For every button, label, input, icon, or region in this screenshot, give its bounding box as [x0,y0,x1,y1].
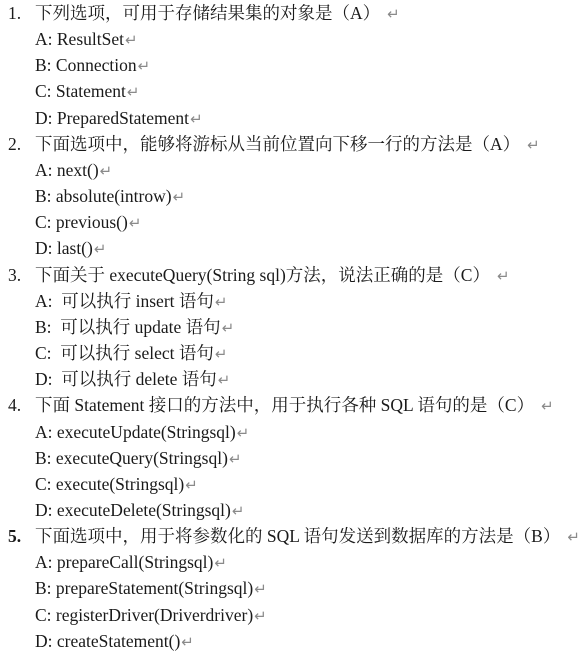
option-line: D: PreparedStatement↵ [0,105,584,131]
paragraph-return-icon: ↵ [254,609,267,624]
question-text: 下面 Statement 接口的方法中，用于执行各种 SQL 语句的是（C） [35,392,534,418]
option-text: D: last() [35,235,93,261]
option-text: B: executeQuery(Stringsql) [35,445,228,471]
paragraph-return-icon: ↵ [215,295,228,310]
question-block: 1.下列选项，可用于存储结果集的对象是（A）↵A: ResultSet↵B: C… [0,0,584,131]
question-text: 下列选项，可用于存储结果集的对象是（A） [35,0,380,26]
paragraph-return-icon: ↵ [138,59,151,74]
option-line: A: executeUpdate(Stringsql)↵ [0,419,584,445]
option-line: A: prepareCall(Stringsql)↵ [0,549,584,575]
paragraph-return-icon: ↵ [218,373,231,388]
paragraph-return-icon: ↵ [190,112,203,127]
paragraph-return-icon: ↵ [185,478,198,493]
paragraph-return-icon: ↵ [541,399,554,414]
option-line: B: prepareStatement(Stringsql)↵ [0,575,584,601]
option-line: A: next()↵ [0,157,584,183]
option-text: D: 可以执行 delete 语句 [35,366,217,392]
paragraph-return-icon: ↵ [129,216,142,231]
question-block: 2.下面选项中，能够将游标从当前位置向下移一行的方法是（A）↵A: next()… [0,131,584,262]
option-line: D: createStatement()↵ [0,628,584,654]
option-line: B: executeQuery(Stringsql)↵ [0,445,584,471]
option-line: A: 可以执行 insert 语句↵ [0,288,584,314]
paragraph-return-icon: ↵ [100,164,113,179]
paragraph-return-icon: ↵ [125,33,138,48]
paragraph-return-icon: ↵ [214,556,227,571]
option-text: C: previous() [35,209,128,235]
paragraph-return-icon: ↵ [127,85,140,100]
option-text: D: PreparedStatement [35,105,189,131]
option-text: A: ResultSet [35,26,124,52]
question-block: 5.下面选项中，用于将参数化的 SQL 语句发送到数据库的方法是（B）↵A: p… [0,523,584,654]
question-block: 4.下面 Statement 接口的方法中，用于执行各种 SQL 语句的是（C）… [0,392,584,523]
option-line: C: registerDriver(Driverdriver)↵ [0,602,584,628]
option-text: B: Connection [35,52,137,78]
paragraph-return-icon: ↵ [173,190,186,205]
paragraph-return-icon: ↵ [229,452,242,467]
option-text: B: 可以执行 update 语句 [35,314,221,340]
question-number: 1. [8,0,35,26]
question-number: 3. [8,262,35,288]
paragraph-return-icon: ↵ [232,504,245,519]
option-line: C: Statement↵ [0,78,584,104]
option-text: C: registerDriver(Driverdriver) [35,602,253,628]
option-line: C: 可以执行 select 语句↵ [0,340,584,366]
option-text: D: executeDelete(Stringsql) [35,497,231,523]
paragraph-return-icon: ↵ [387,7,400,22]
question-text: 下面选项中，用于将参数化的 SQL 语句发送到数据库的方法是（B） [35,523,560,549]
document-page: 1.下列选项，可用于存储结果集的对象是（A）↵A: ResultSet↵B: C… [0,0,584,654]
option-line: A: ResultSet↵ [0,26,584,52]
option-text: A: next() [35,157,99,183]
option-line: C: previous()↵ [0,209,584,235]
option-text: C: Statement [35,78,126,104]
option-text: C: execute(Stringsql) [35,471,184,497]
option-line: B: Connection↵ [0,52,584,78]
paragraph-return-icon: ↵ [567,530,580,545]
question-text: 下面选项中，能够将游标从当前位置向下移一行的方法是（A） [35,131,520,157]
option-line: D: executeDelete(Stringsql)↵ [0,497,584,523]
question-line: 1.下列选项，可用于存储结果集的对象是（A）↵ [0,0,584,26]
question-number: 5. [8,523,35,549]
option-text: C: 可以执行 select 语句 [35,340,214,366]
question-block: 3.下面关于 executeQuery(String sql)方法，说法正确的是… [0,262,584,393]
question-line: 3.下面关于 executeQuery(String sql)方法，说法正确的是… [0,262,584,288]
paragraph-return-icon: ↵ [254,582,267,597]
paragraph-return-icon: ↵ [527,138,540,153]
option-text: A: executeUpdate(Stringsql) [35,419,236,445]
paragraph-return-icon: ↵ [237,426,250,441]
option-line: D: 可以执行 delete 语句↵ [0,366,584,392]
option-line: B: 可以执行 update 语句↵ [0,314,584,340]
question-line: 4.下面 Statement 接口的方法中，用于执行各种 SQL 语句的是（C）… [0,392,584,418]
paragraph-return-icon: ↵ [215,347,228,362]
question-number: 2. [8,131,35,157]
paragraph-return-icon: ↵ [497,269,510,284]
question-line: 2.下面选项中，能够将游标从当前位置向下移一行的方法是（A）↵ [0,131,584,157]
question-text: 下面关于 executeQuery(String sql)方法，说法正确的是（C… [35,262,490,288]
paragraph-return-icon: ↵ [94,242,107,257]
option-line: B: absolute(introw)↵ [0,183,584,209]
option-text: B: absolute(introw) [35,183,172,209]
option-text: A: prepareCall(Stringsql) [35,549,213,575]
question-number: 4. [8,392,35,418]
option-line: D: last()↵ [0,235,584,261]
option-text: A: 可以执行 insert 语句 [35,288,214,314]
option-text: B: prepareStatement(Stringsql) [35,575,253,601]
option-text: D: createStatement() [35,628,180,654]
question-list: 1.下列选项，可用于存储结果集的对象是（A）↵A: ResultSet↵B: C… [0,0,584,654]
paragraph-return-icon: ↵ [181,635,194,650]
question-line: 5.下面选项中，用于将参数化的 SQL 语句发送到数据库的方法是（B）↵ [0,523,584,549]
paragraph-return-icon: ↵ [222,321,235,336]
option-line: C: execute(Stringsql)↵ [0,471,584,497]
